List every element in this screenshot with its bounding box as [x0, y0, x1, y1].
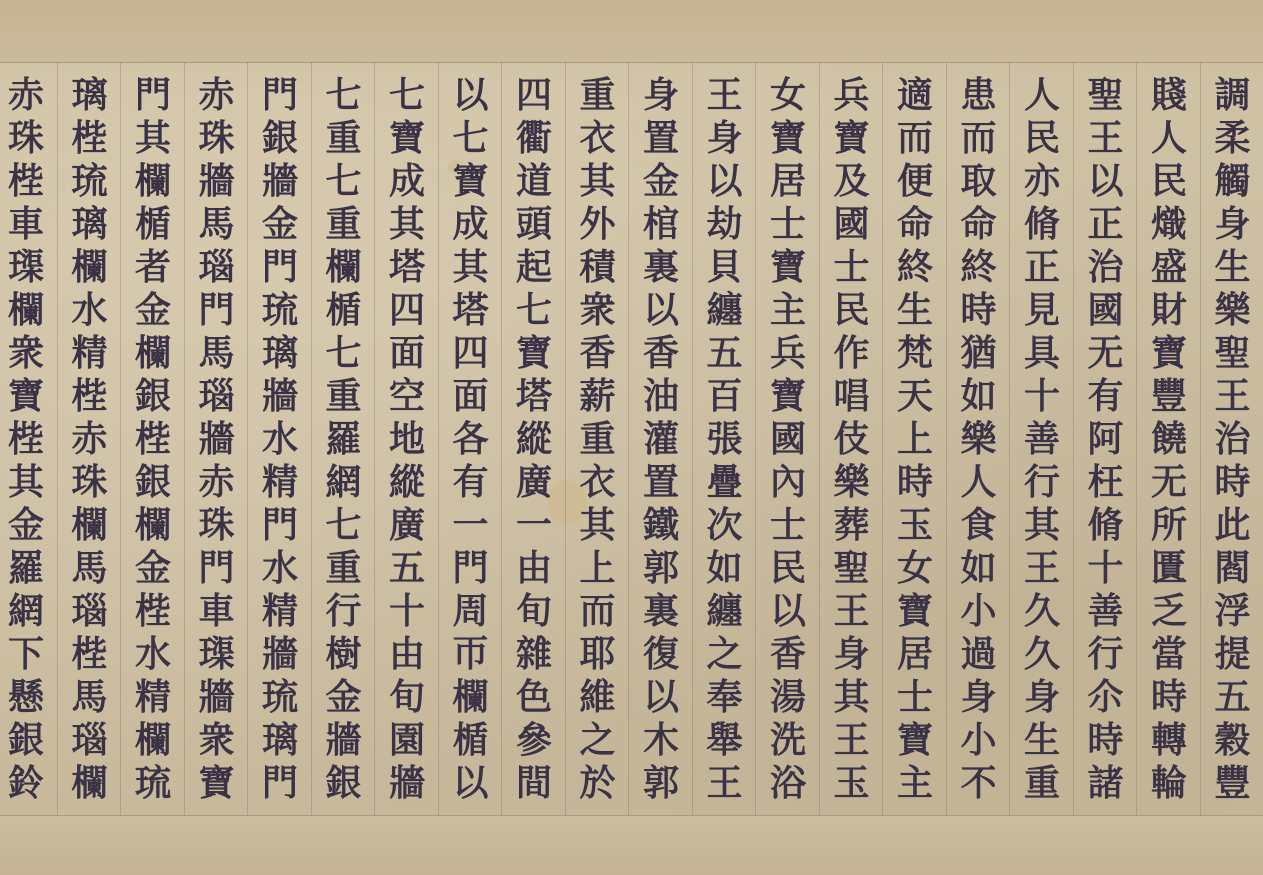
character: 棺	[643, 203, 679, 246]
character: 穀	[1214, 719, 1250, 762]
character: 七	[389, 74, 425, 117]
text-column: 聖王以正治國无有阿枉脩十善行尒時諸	[1073, 62, 1137, 815]
character: 銀	[135, 375, 171, 418]
character: 善	[1087, 590, 1123, 633]
text-column: 四衢道頭起七寶塔縱廣一由旬雜色參間	[501, 62, 565, 815]
character: 衣	[579, 117, 615, 160]
character: 重	[325, 375, 361, 418]
character: 馬	[71, 676, 107, 719]
character: 奉	[706, 676, 742, 719]
character: 置	[643, 117, 679, 160]
text-column: 赤珠梐車璖欄衆寶梐其金羅網下懸銀鈴	[0, 62, 57, 815]
character: 衣	[579, 461, 615, 504]
character: 旬	[516, 590, 552, 633]
column-text: 門其欄楯者金欄銀梐銀欄金梐水精欄琉	[121, 74, 185, 805]
character: 諸	[1087, 762, 1123, 805]
character: 門	[262, 74, 298, 117]
character: 塔	[516, 375, 552, 418]
character: 寶	[1151, 332, 1187, 375]
character: 主	[770, 289, 806, 332]
character: 上	[897, 418, 933, 461]
character: 十	[1087, 547, 1123, 590]
character: 四	[452, 332, 488, 375]
character: 鐵	[643, 504, 679, 547]
character: 廣	[516, 461, 552, 504]
character: 寶	[833, 117, 869, 160]
character: 豐	[1214, 762, 1250, 805]
column-text: 四衢道頭起七寶塔縱廣一由旬雜色參間	[502, 74, 566, 805]
character: 民	[770, 547, 806, 590]
character: 四	[516, 74, 552, 117]
character: 其	[579, 160, 615, 203]
character: 民	[1151, 160, 1187, 203]
character: 取	[960, 160, 996, 203]
text-column: 門銀牆金門琉璃牆水精門水精牆琉璃門	[247, 62, 311, 815]
character: 道	[516, 160, 552, 203]
character: 欄	[71, 504, 107, 547]
text-column: 兵寶及國士民作唱伎樂葬聖王身其王玉	[819, 62, 883, 815]
character: 欄	[135, 504, 171, 547]
character: 木	[643, 719, 679, 762]
text-column: 患而取命終時猶如樂人食如小過身小不	[946, 62, 1010, 815]
character: 命	[897, 203, 933, 246]
character: 欄	[452, 676, 488, 719]
character: 其	[389, 203, 425, 246]
top-margin	[0, 0, 1263, 63]
character: 行	[1024, 461, 1060, 504]
character: 門	[198, 547, 234, 590]
character: 下	[8, 633, 44, 676]
character: 食	[960, 504, 996, 547]
character: 雜	[516, 633, 552, 676]
character: 塔	[452, 289, 488, 332]
character: 赤	[71, 418, 107, 461]
text-column: 重衣其外積衆香薪重衣其上而耶維之於	[565, 62, 629, 815]
character: 珠	[198, 117, 234, 160]
character: 兵	[833, 74, 869, 117]
column-text: 適而便命終生梵天上時玉女寶居士寶主	[883, 74, 947, 805]
character: 金	[262, 203, 298, 246]
character: 之	[579, 719, 615, 762]
character: 馬	[198, 203, 234, 246]
character: 人	[960, 461, 996, 504]
character: 士	[897, 676, 933, 719]
character: 王	[833, 719, 869, 762]
character: 起	[516, 246, 552, 289]
character: 身	[1214, 203, 1250, 246]
character: 財	[1151, 289, 1187, 332]
character: 觸	[1214, 160, 1250, 203]
character: 寶	[770, 117, 806, 160]
character: 楯	[325, 289, 361, 332]
character: 浮	[1214, 590, 1250, 633]
character: 饒	[1151, 418, 1187, 461]
character: 浴	[770, 762, 806, 805]
character: 身	[706, 117, 742, 160]
character: 衆	[198, 719, 234, 762]
character: 以	[643, 676, 679, 719]
character: 玉	[897, 504, 933, 547]
character: 葬	[833, 504, 869, 547]
character: 地	[389, 418, 425, 461]
character: 郭	[643, 762, 679, 805]
character: 七	[516, 289, 552, 332]
text-column: 七重七重欄楯七重羅網七重行樹金牆銀	[311, 62, 375, 815]
character: 樂	[833, 461, 869, 504]
character: 珠	[71, 461, 107, 504]
character: 香	[579, 332, 615, 375]
character: 王	[833, 590, 869, 633]
character: 內	[770, 461, 806, 504]
character: 七	[325, 160, 361, 203]
character: 舉	[706, 719, 742, 762]
character: 水	[135, 633, 171, 676]
character: 寶	[389, 117, 425, 160]
character: 脩	[1087, 504, 1123, 547]
column-text: 女寶居士寶主兵寶國內士民以香湯洗浴	[756, 74, 820, 805]
character: 便	[897, 160, 933, 203]
character: 此	[1214, 504, 1250, 547]
character: 車	[8, 203, 44, 246]
column-text: 重衣其外積衆香薪重衣其上而耶維之於	[566, 74, 630, 805]
character: 民	[1024, 117, 1060, 160]
character: 國	[770, 418, 806, 461]
character: 提	[1214, 633, 1250, 676]
column-text: 聖王以正治國无有阿枉脩十善行尒時諸	[1074, 74, 1138, 805]
character: 塔	[389, 246, 425, 289]
character: 國	[833, 203, 869, 246]
character: 重	[325, 547, 361, 590]
character: 琉	[262, 676, 298, 719]
character: 裏	[643, 590, 679, 633]
character: 門	[262, 762, 298, 805]
character: 空	[389, 375, 425, 418]
character: 疊	[706, 461, 742, 504]
character: 羅	[325, 418, 361, 461]
character: 十	[389, 590, 425, 633]
character: 士	[770, 203, 806, 246]
character: 面	[389, 332, 425, 375]
character: 居	[770, 160, 806, 203]
character: 園	[389, 719, 425, 762]
character: 灌	[643, 418, 679, 461]
character: 璃	[262, 332, 298, 375]
character: 正	[1024, 246, 1060, 289]
character: 銀	[262, 117, 298, 160]
character: 而	[960, 117, 996, 160]
character: 時	[1151, 676, 1187, 719]
character: 欄	[325, 246, 361, 289]
character: 楯	[135, 203, 171, 246]
character: 五	[389, 547, 425, 590]
character: 乏	[1151, 590, 1187, 633]
character: 梐	[8, 418, 44, 461]
character: 聖	[1214, 332, 1250, 375]
character: 阿	[1087, 418, 1123, 461]
character: 廣	[389, 504, 425, 547]
character: 尒	[1087, 676, 1123, 719]
character: 縱	[516, 418, 552, 461]
character: 金	[135, 289, 171, 332]
character: 有	[1087, 375, 1123, 418]
character: 寶	[516, 332, 552, 375]
character: 百	[706, 375, 742, 418]
character: 上	[579, 547, 615, 590]
text-column: 身置金棺裏以香油灌置鐵郭裏復以木郭	[628, 62, 692, 815]
character: 銀	[325, 762, 361, 805]
column-text: 赤珠牆馬瑙門馬瑙牆赤珠門車璖牆衆寶	[185, 74, 249, 805]
character: 寶	[8, 375, 44, 418]
character: 重	[1024, 762, 1060, 805]
character: 重	[579, 74, 615, 117]
character: 欄	[135, 332, 171, 375]
character: 維	[579, 676, 615, 719]
character: 水	[262, 547, 298, 590]
column-text: 赤珠梐車璖欄衆寶梐其金羅網下懸銀鈴	[0, 74, 58, 805]
character: 樂	[960, 418, 996, 461]
column-text: 賤人民熾盛財寶豐饒无所匱乏當時轉輪	[1137, 74, 1201, 805]
character: 懸	[8, 676, 44, 719]
character: 一	[516, 504, 552, 547]
text-column: 適而便命終生梵天上時玉女寶居士寶主	[882, 62, 946, 815]
column-text: 調柔觸身生樂聖王治時此閻浮提五穀豐	[1201, 74, 1263, 805]
character: 牆	[198, 160, 234, 203]
column-text: 璃梐琉璃欄水精梐赤珠欄馬瑙梐馬瑙欄	[58, 74, 122, 805]
character: 馬	[71, 547, 107, 590]
character: 牆	[389, 762, 425, 805]
character: 寶	[770, 375, 806, 418]
text-column: 女寶居士寶主兵寶國內士民以香湯洗浴	[755, 62, 819, 815]
character: 裏	[643, 246, 679, 289]
character: 女	[897, 547, 933, 590]
character: 生	[897, 289, 933, 332]
character: 調	[1214, 74, 1250, 117]
character: 門	[262, 246, 298, 289]
character: 梐	[71, 375, 107, 418]
character: 之	[706, 633, 742, 676]
character: 士	[833, 246, 869, 289]
character: 精	[262, 590, 298, 633]
text-column: 門其欄楯者金欄銀梐銀欄金梐水精欄琉	[120, 62, 184, 815]
character: 以	[1087, 160, 1123, 203]
character: 重	[325, 203, 361, 246]
character: 旬	[389, 676, 425, 719]
character: 如	[960, 375, 996, 418]
character: 女	[770, 74, 806, 117]
character: 輪	[1151, 762, 1187, 805]
character: 牆	[325, 719, 361, 762]
character: 郭	[643, 547, 679, 590]
character: 車	[198, 590, 234, 633]
character: 網	[325, 461, 361, 504]
character: 衆	[579, 289, 615, 332]
character: 璃	[71, 74, 107, 117]
character: 金	[8, 504, 44, 547]
character: 時	[1087, 719, 1123, 762]
character: 其	[579, 504, 615, 547]
character: 終	[897, 246, 933, 289]
character: 金	[135, 547, 171, 590]
character: 治	[1087, 246, 1123, 289]
character: 銀	[8, 719, 44, 762]
character: 其	[833, 676, 869, 719]
text-column: 七寶成其塔四面空地縱廣五十由旬園牆	[374, 62, 438, 815]
character: 玉	[833, 762, 869, 805]
character: 赤	[198, 461, 234, 504]
character: 患	[960, 74, 996, 117]
character: 寶	[452, 160, 488, 203]
character: 銀	[135, 461, 171, 504]
character: 欄	[71, 762, 107, 805]
character: 寶	[897, 590, 933, 633]
text-column: 人民亦脩正見具十善行其王久久身生重	[1009, 62, 1073, 815]
character: 身	[960, 676, 996, 719]
character: 作	[833, 332, 869, 375]
character: 梵	[897, 332, 933, 375]
character: 欄	[135, 719, 171, 762]
character: 其	[8, 461, 44, 504]
character: 王	[1214, 375, 1250, 418]
character: 瑙	[198, 246, 234, 289]
character: 以	[452, 762, 488, 805]
character: 寶	[198, 762, 234, 805]
character: 身	[643, 74, 679, 117]
character: 各	[452, 418, 488, 461]
character: 而	[579, 590, 615, 633]
character: 寶	[897, 719, 933, 762]
character: 洗	[770, 719, 806, 762]
character: 琉	[135, 762, 171, 805]
character: 金	[643, 160, 679, 203]
character: 行	[325, 590, 361, 633]
character: 王	[706, 74, 742, 117]
character: 以	[770, 590, 806, 633]
character: 熾	[1151, 203, 1187, 246]
character: 正	[1087, 203, 1123, 246]
character: 於	[579, 762, 615, 805]
character: 參	[516, 719, 552, 762]
character: 四	[389, 289, 425, 332]
character: 璖	[198, 633, 234, 676]
character: 張	[706, 418, 742, 461]
character: 樂	[1214, 289, 1250, 332]
column-text: 患而取命終時猶如樂人食如小過身小不	[947, 74, 1011, 805]
character: 楯	[452, 719, 488, 762]
character: 瑙	[198, 375, 234, 418]
character: 璃	[262, 719, 298, 762]
character: 網	[8, 590, 44, 633]
character: 琉	[262, 289, 298, 332]
character: 亦	[1024, 160, 1060, 203]
character: 如	[960, 547, 996, 590]
character: 牆	[198, 676, 234, 719]
character: 積	[579, 246, 615, 289]
character: 面	[452, 375, 488, 418]
character: 精	[71, 332, 107, 375]
character: 不	[960, 762, 996, 805]
character: 及	[833, 160, 869, 203]
character: 重	[325, 117, 361, 160]
character: 士	[770, 504, 806, 547]
character: 王	[1087, 117, 1123, 160]
character: 聖	[833, 547, 869, 590]
character: 色	[516, 676, 552, 719]
character: 鈴	[8, 762, 44, 805]
character: 无	[1151, 461, 1187, 504]
text-column: 璃梐琉璃欄水精梐赤珠欄馬瑙梐馬瑙欄	[57, 62, 121, 815]
character: 帀	[452, 633, 488, 676]
character: 衆	[8, 332, 44, 375]
character: 梐	[71, 117, 107, 160]
character: 治	[1214, 418, 1250, 461]
character: 人	[1151, 117, 1187, 160]
character: 湯	[770, 676, 806, 719]
character: 聖	[1087, 74, 1123, 117]
column-text: 門銀牆金門琉璃牆水精門水精牆琉璃門	[248, 74, 312, 805]
character: 如	[706, 547, 742, 590]
character: 久	[1024, 633, 1060, 676]
character: 珠	[198, 504, 234, 547]
character: 門	[262, 504, 298, 547]
character: 所	[1151, 504, 1187, 547]
character: 牆	[262, 633, 298, 676]
character: 十	[1024, 375, 1060, 418]
character: 七	[325, 74, 361, 117]
character: 國	[1087, 289, 1123, 332]
character: 脩	[1024, 203, 1060, 246]
character: 琉	[71, 160, 107, 203]
character: 者	[135, 246, 171, 289]
character: 七	[452, 117, 488, 160]
character: 終	[960, 246, 996, 289]
character: 其	[452, 246, 488, 289]
character: 梐	[135, 590, 171, 633]
character: 時	[1214, 461, 1250, 504]
character: 其	[135, 117, 171, 160]
character: 豐	[1151, 375, 1187, 418]
character: 外	[579, 203, 615, 246]
character: 主	[897, 762, 933, 805]
character: 兵	[770, 332, 806, 375]
character: 成	[452, 203, 488, 246]
character: 王	[1024, 547, 1060, 590]
character: 羅	[8, 547, 44, 590]
column-text: 七寶成其塔四面空地縱廣五十由旬園牆	[375, 74, 439, 805]
character: 間	[516, 762, 552, 805]
column-text: 人民亦脩正見具十善行其王久久身生重	[1010, 74, 1074, 805]
character: 小	[960, 719, 996, 762]
character: 珠	[8, 117, 44, 160]
character: 時	[960, 289, 996, 332]
character: 衢	[516, 117, 552, 160]
character: 五	[1214, 676, 1250, 719]
character: 周	[452, 590, 488, 633]
character: 次	[706, 504, 742, 547]
character: 柔	[1214, 117, 1250, 160]
character: 人	[1024, 74, 1060, 117]
character: 精	[262, 461, 298, 504]
character: 民	[833, 289, 869, 332]
column-text: 以七寶成其塔四面各有一門周帀欄楯以	[439, 74, 503, 805]
character: 樹	[325, 633, 361, 676]
column-text: 七重七重欄楯七重羅網七重行樹金牆銀	[312, 74, 376, 805]
character: 欄	[135, 160, 171, 203]
character: 璖	[8, 246, 44, 289]
character: 欄	[8, 289, 44, 332]
character: 天	[897, 375, 933, 418]
character: 善	[1024, 418, 1060, 461]
character: 久	[1024, 590, 1060, 633]
